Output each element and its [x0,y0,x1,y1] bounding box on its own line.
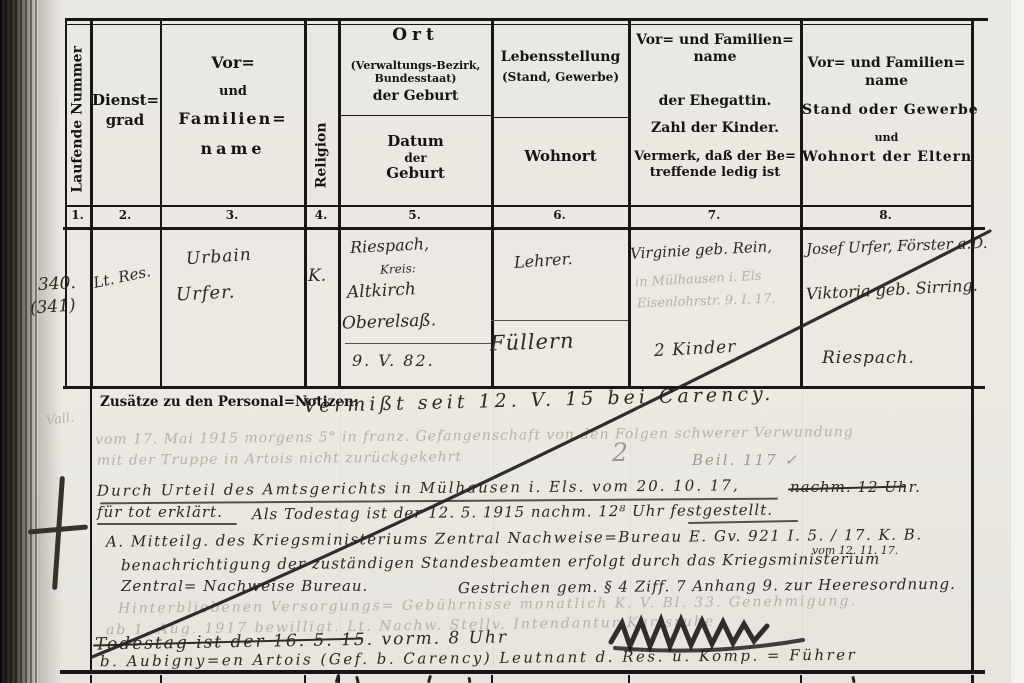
record-nachname: Urfer. [176,283,236,304]
record-wohnort: Füllern [490,331,575,355]
col-number: 1. [65,209,90,222]
col-number: 3. [160,209,304,222]
table-vline-stub [160,675,162,683]
notes-pencil-line: mit der Truppe in Artois nicht zurückgek… [97,450,462,468]
col-header-name: Vor= [162,55,304,72]
table-vline-stub [491,675,493,683]
notes-ink-line-todestag: Als Todestag ist der 12. 5. 1915 nachm. … [252,503,773,523]
record-geburtsort: Riespach, [350,236,430,256]
col-header-geburtsort: der Geburt [340,89,491,104]
record-number: 340. [38,275,77,294]
table-vline-stub [800,675,802,683]
notes-ink-line-mitteilung: A. Mitteilg. des Kriegsministeriums Zent… [106,527,923,549]
notes-ink-line-benachrichtigung: benachrichtigung der zuständigen Standes… [121,552,880,574]
signature-scrawl [605,610,815,656]
table-vline-stub [90,675,92,683]
col-header-name: Familien= [162,111,304,128]
col-header-lebensstellung: Lebensstellung [493,50,628,65]
col-header-dienstgrad: grad [92,113,158,129]
table-vline-stub [304,675,306,683]
underline [688,520,798,524]
col-header-laufende-nummer: Laufende Nummer [71,44,86,194]
record-kinder: 2 Kinder [654,339,737,360]
col-header-geburtsort: Bundesstaat) [340,73,491,85]
page-fold-shadow [38,0,62,683]
record-dienstgrad: Lt. Res. [92,264,152,291]
record-ehegattin: Virginie geb. Rein, [630,239,773,261]
col-number: 4. [304,209,338,222]
table-top-rule-thin [65,24,973,25]
notes-pencil-line: vom 17. Mai 1915 morgens 5° in franz. Ge… [95,425,854,447]
col-header-geburtsdatum: Geburt [340,166,491,182]
record-religion: K. [308,268,326,285]
col6-record-split [491,320,628,321]
col-header-name: und [162,85,304,99]
col-header-lebensstellung: (Stand, Gewerbe) [493,71,628,84]
col-header-wohnort: Wohnort [493,149,628,165]
record-eltern-vater: Josef Urfer, Förster a.D. [806,236,988,257]
record-geburtsort: Oberelsaß. [342,312,437,332]
col-header-eltern: name [802,74,971,89]
page-right-edge [1010,0,1024,683]
numbers-row-top-rule [65,205,973,207]
col-number: 5. [338,209,491,222]
handwriting-fragment [468,677,472,683]
handwriting-fragment [851,676,855,683]
col-header-eltern: Vor= und Familien= [802,56,971,71]
notes-right-rule [971,389,974,672]
table-vline-stub [628,675,630,683]
notes-ink-line-gestrichen: Gestrichen gem. § 4 Ziff. 7 Anhang 9. zu… [458,577,956,596]
col-number: 6. [491,209,628,222]
register-page-scan: Laufende Nummer Dienst= grad Vor= und Fa… [0,0,1024,683]
record-ehegattin-wohnung-pencil: in Mülhausen i. Els [635,270,762,290]
record-eltern-wohnort: Riespach. [822,350,915,367]
col5-header-split [338,115,493,116]
record-geburtsdatum: 9. V. 82. [352,353,435,369]
col-header-ehegattin: Vor= und Familien= [630,33,800,48]
book-spine-streaks [0,0,38,683]
record-vorname: Urbain [185,247,252,269]
notes-pencil-figure: 2 [612,440,628,465]
record-number-alt: (341) [29,297,76,317]
record-geburtsort: Altkirch [347,281,417,302]
notes-beilage-note: Beil. 117 ✓ [692,453,799,468]
notes-headline-hand: Vermißt seit 12. V. 15 bei Carency. [303,385,775,416]
col-header-eltern: Stand oder Gewerbe [802,103,971,118]
col-header-ledig-vermerk: Vermerk, daß der Be= [630,150,800,164]
notes-left-rule [90,389,92,672]
col-header-name: name [162,141,304,158]
handwriting-fragment [427,675,432,683]
col-number: 2. [90,209,160,222]
table-top-rule-thick [65,18,988,21]
underline [97,523,237,525]
numbers-row-bottom-rule [63,227,985,230]
col6-header-split [491,117,630,118]
col-header-geburtsort: (Verwaltungs-Bezirk, [340,60,491,72]
table-vline-stub [971,675,974,683]
record-ehegattin-wohnung-pencil: Eisenlohrstr. 9. I. 17. [637,293,776,311]
col-number: 8. [800,209,971,222]
col-header-kinder: Zahl der Kinder. [630,121,800,136]
record-geburtsort: Kreis: [380,262,416,276]
handwriting-fragment [355,676,360,683]
record-lebensstellung: Lehrer. [514,251,573,271]
record-eltern-mutter: Viktoria geb. Sirring. [806,278,978,303]
notes-ink-line-bureau: Zentral= Nachweise Bureau. [121,579,368,594]
col-header-geburtsort: Ort [340,27,491,45]
col-header-dienstgrad: Dienst= [92,93,158,109]
col-header-eltern: Wohnort der Eltern [802,150,971,165]
margin-pencil-word: Vall. [45,411,75,428]
col-header-geburtsdatum: Datum [340,134,491,150]
notes-ink-line-urteil: Durch Urteil des Amtsgerichts in Mülhaus… [97,478,740,499]
notes-bottom-rule [60,670,985,674]
col-number: 7. [628,209,800,222]
col5-record-split [345,343,491,344]
col-header-ehegattin: der Ehegattin. [630,94,800,109]
col-header-ehegattin: name [630,50,800,65]
col-header-ledig-vermerk: treffende ledig ist [630,166,800,180]
col-header-geburtsdatum: der [340,152,491,165]
col-header-religion: Religion [315,110,330,200]
col-header-eltern: und [802,132,971,144]
notes-ink-line-tot-erklaert: für tot erklärt. [97,505,223,520]
